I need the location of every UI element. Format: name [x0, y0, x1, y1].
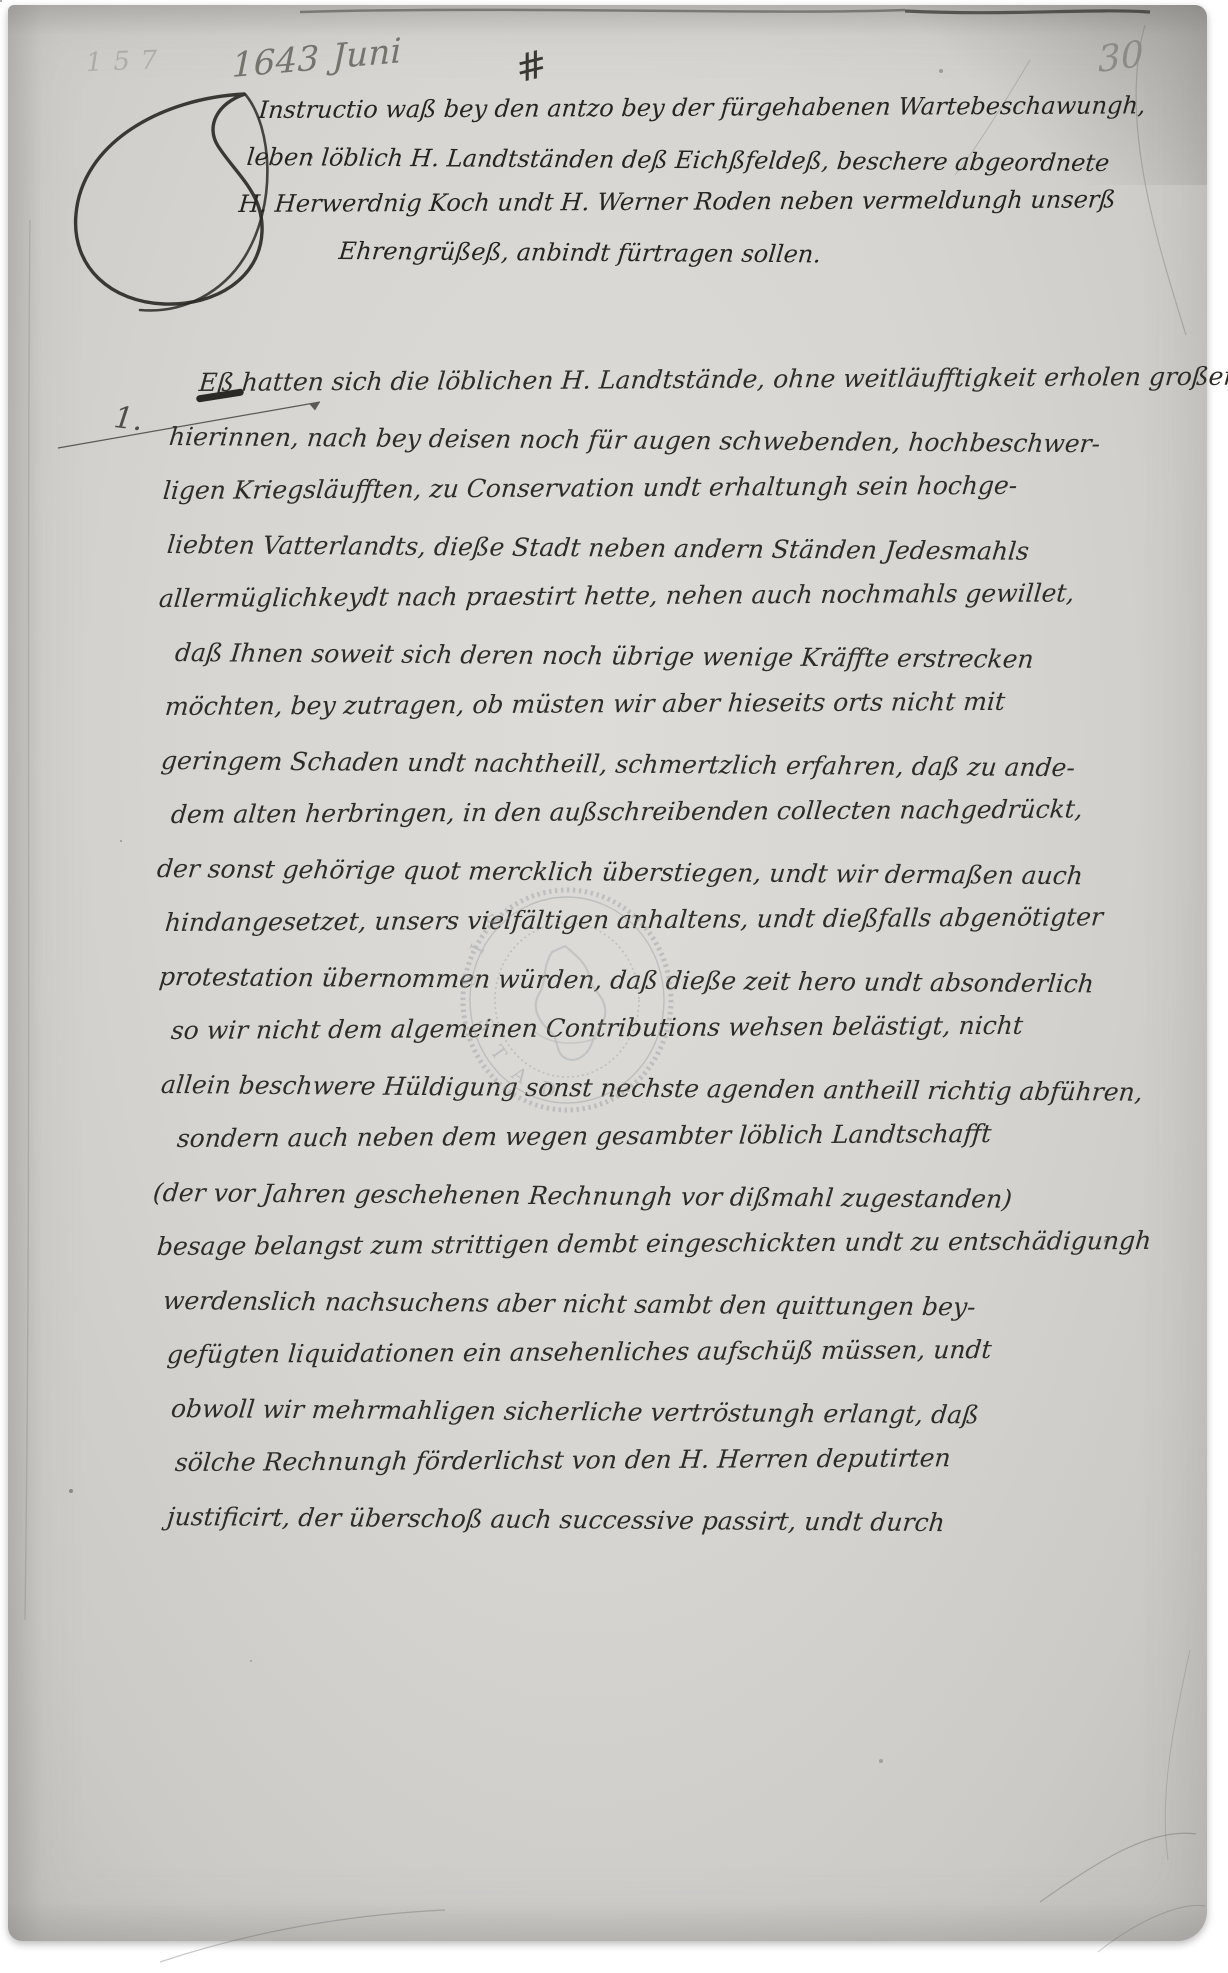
margin-number: 1.	[112, 400, 145, 438]
body-line: sondern auch neben dem wegen gesambter l…	[174, 1118, 1132, 1178]
heading-line: Ehrengrüßeß, anbindt fürtragen sollen.	[336, 237, 1108, 289]
heading-block: Instructio waß bey den antzo bey der für…	[246, 96, 1106, 284]
body-line: dem alten herbringen, in den außschreibe…	[168, 794, 1132, 854]
body-line: sölche Rechnungh förderlichst von den H.…	[172, 1442, 1132, 1502]
body-line: allermüglichkeydt nach praestirt hette, …	[156, 578, 1132, 638]
body-line: besage belangst zum strittigen dembt ein…	[154, 1226, 1132, 1286]
body-line: justificirt, der überschoß auch successi…	[163, 1502, 1132, 1564]
paper-specks	[0, 0, 2, 2]
body-line: ligen Kriegsläufften, zu Conservation un…	[160, 470, 1132, 530]
body-line: gefügten liquidationen ein ansehenliches…	[164, 1334, 1132, 1394]
heading-line: Instructio waß bey den antzo bey der für…	[256, 92, 1108, 143]
svg-text:S I S: S I S	[458, 904, 512, 988]
faint-archive-marks: 1 5 7	[85, 46, 158, 78]
library-stamp-icon: S I S S T A D T	[447, 882, 687, 1122]
body-line: möchten, bey zutragen, ob müsten wir abe…	[162, 686, 1132, 746]
body-line: Eß hatten sich die löblichen H. Landtstä…	[196, 362, 1132, 422]
heading-line: H. Herwerdnig Koch undt H. Werner Roden …	[236, 185, 1108, 237]
stamp-text-upper: S I S	[458, 904, 512, 988]
page-number: 30	[1097, 33, 1144, 81]
manuscript-scan: { "page": { "annotations": { "faint_mark…	[0, 0, 1228, 1973]
